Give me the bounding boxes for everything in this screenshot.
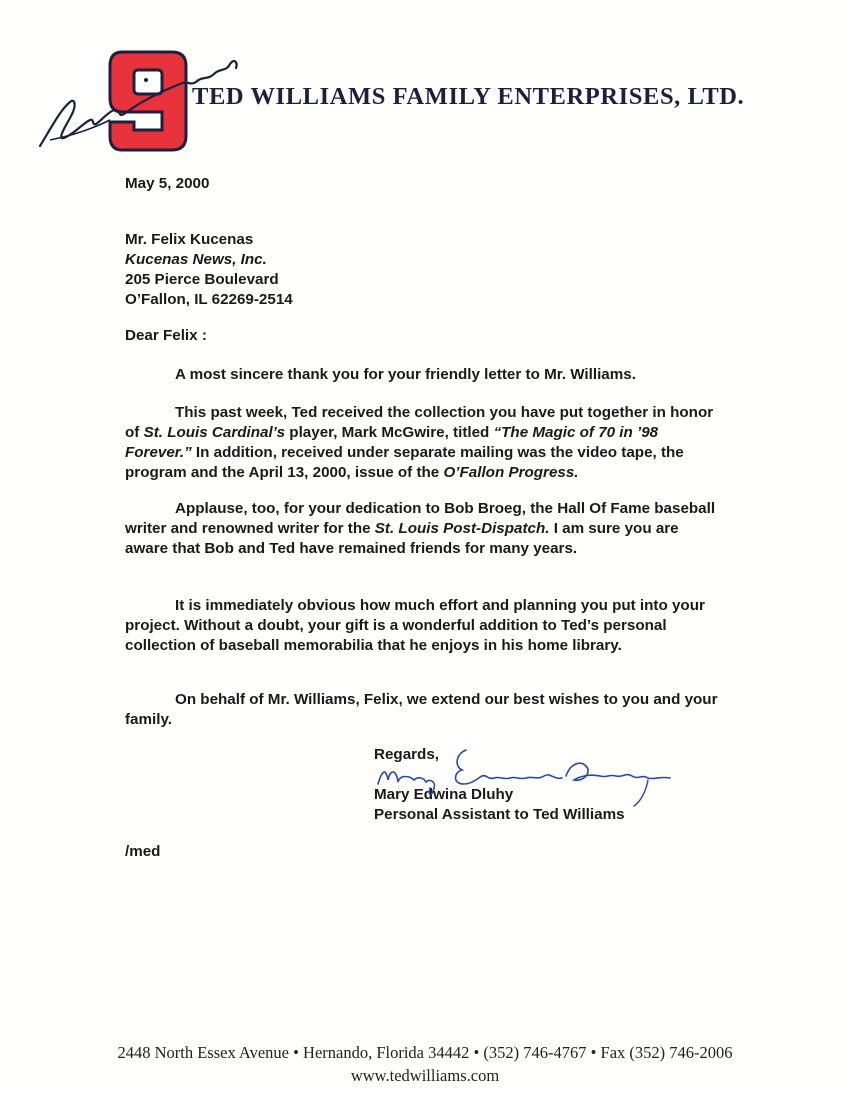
paragraph-3: Applause, too, for your dedication to Bo…	[125, 499, 725, 559]
letter-page: TED WILLIAMS FAMILY ENTERPRISES, LTD. Ma…	[0, 0, 850, 1100]
footer-website-link[interactable]: www.tedwilliams.com	[0, 1066, 850, 1086]
typist-initials: /med	[125, 843, 160, 860]
signer-title: Personal Assistant to Ted Williams	[374, 805, 625, 825]
italic-text: St. Louis Cardinal’s	[144, 424, 286, 441]
recipient-street: 205 Pierce Boulevard	[125, 270, 293, 290]
recipient-city: O’Fallon, IL 62269-2514	[125, 290, 293, 310]
text: A most sincere thank you for your friend…	[175, 366, 636, 383]
signature-spacer	[374, 765, 625, 785]
paragraph-4: It is immediately obvious how much effor…	[125, 596, 725, 656]
closing-text: Regards,	[374, 745, 625, 765]
paragraph-1: A most sincere thank you for your friend…	[125, 365, 725, 385]
recipient-company: Kucenas News, Inc.	[125, 250, 293, 270]
text: It is immediately obvious how much effor…	[125, 597, 705, 654]
text: On behalf of Mr. Williams, Felix, we ext…	[125, 691, 718, 728]
recipient-name: Mr. Felix Kucenas	[125, 230, 293, 250]
paragraph-2: This past week, Ted received the collect…	[125, 403, 725, 483]
recipient-address: Mr. Felix Kucenas Kucenas News, Inc. 205…	[125, 230, 293, 310]
company-name: TED WILLIAMS FAMILY ENTERPRISES, LTD.	[192, 83, 744, 111]
paragraph-5: On behalf of Mr. Williams, Felix, we ext…	[125, 690, 725, 730]
signature-block: Regards, Mary Edwina Dluhy Personal Assi…	[374, 745, 625, 825]
salutation: Dear Felix :	[125, 327, 207, 344]
letter-date: May 5, 2000	[125, 175, 209, 192]
text: In addition, received under separate mai…	[125, 444, 684, 481]
signer-name: Mary Edwina Dluhy	[374, 785, 625, 805]
text: player, Mark McGwire, titled	[285, 424, 493, 441]
footer-address: 2448 North Essex Avenue • Hernando, Flor…	[0, 1043, 850, 1063]
italic-text: O’Fallon Progress.	[443, 464, 578, 481]
italic-text: St. Louis Post-Dispatch.	[375, 520, 550, 537]
